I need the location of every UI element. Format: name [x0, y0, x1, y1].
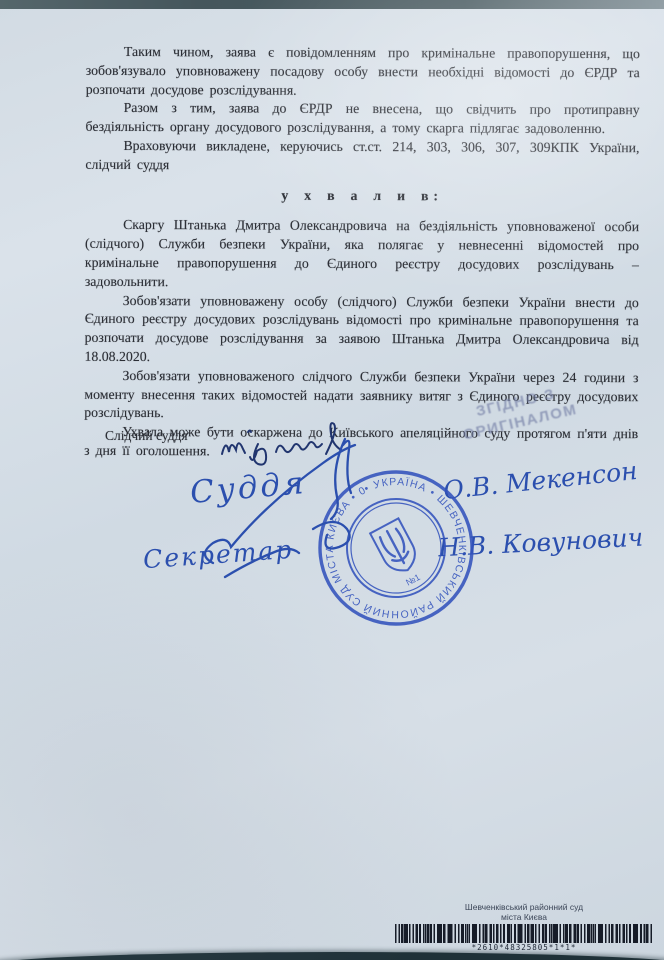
document-paragraph: Таким чином, заява є повідомленням про к…	[86, 43, 640, 102]
scanned-court-document: Таким чином, заява є повідомленням про к…	[0, 0, 664, 960]
barcode	[395, 924, 653, 943]
document-paragraph: Зобов'язати уповноважену особу (слідчого…	[85, 291, 639, 369]
official-signature-icon	[195, 425, 495, 605]
footer-court-city: міста Києва	[392, 913, 656, 923]
document-paragraph: Разом з тим, заява до ЄРДР не внесена, щ…	[86, 99, 640, 139]
judge-signature-label: Слідчий суддя	[105, 420, 188, 444]
ruling-heading: у х в а л и в:	[85, 185, 639, 206]
photo-bottom-edge	[0, 952, 664, 960]
document-paragraph: Враховуючи викладене, керуючись ст.ст. 2…	[85, 137, 639, 177]
document-paragraph: Скаргу Штанька Дмитра Олександровича на …	[85, 216, 639, 294]
barcode-value: *2610*48325805*1*1*	[392, 943, 656, 952]
photo-top-edge	[0, 0, 664, 9]
court-barcode-block: Шевченківський районний суд міста Києва …	[392, 903, 656, 952]
